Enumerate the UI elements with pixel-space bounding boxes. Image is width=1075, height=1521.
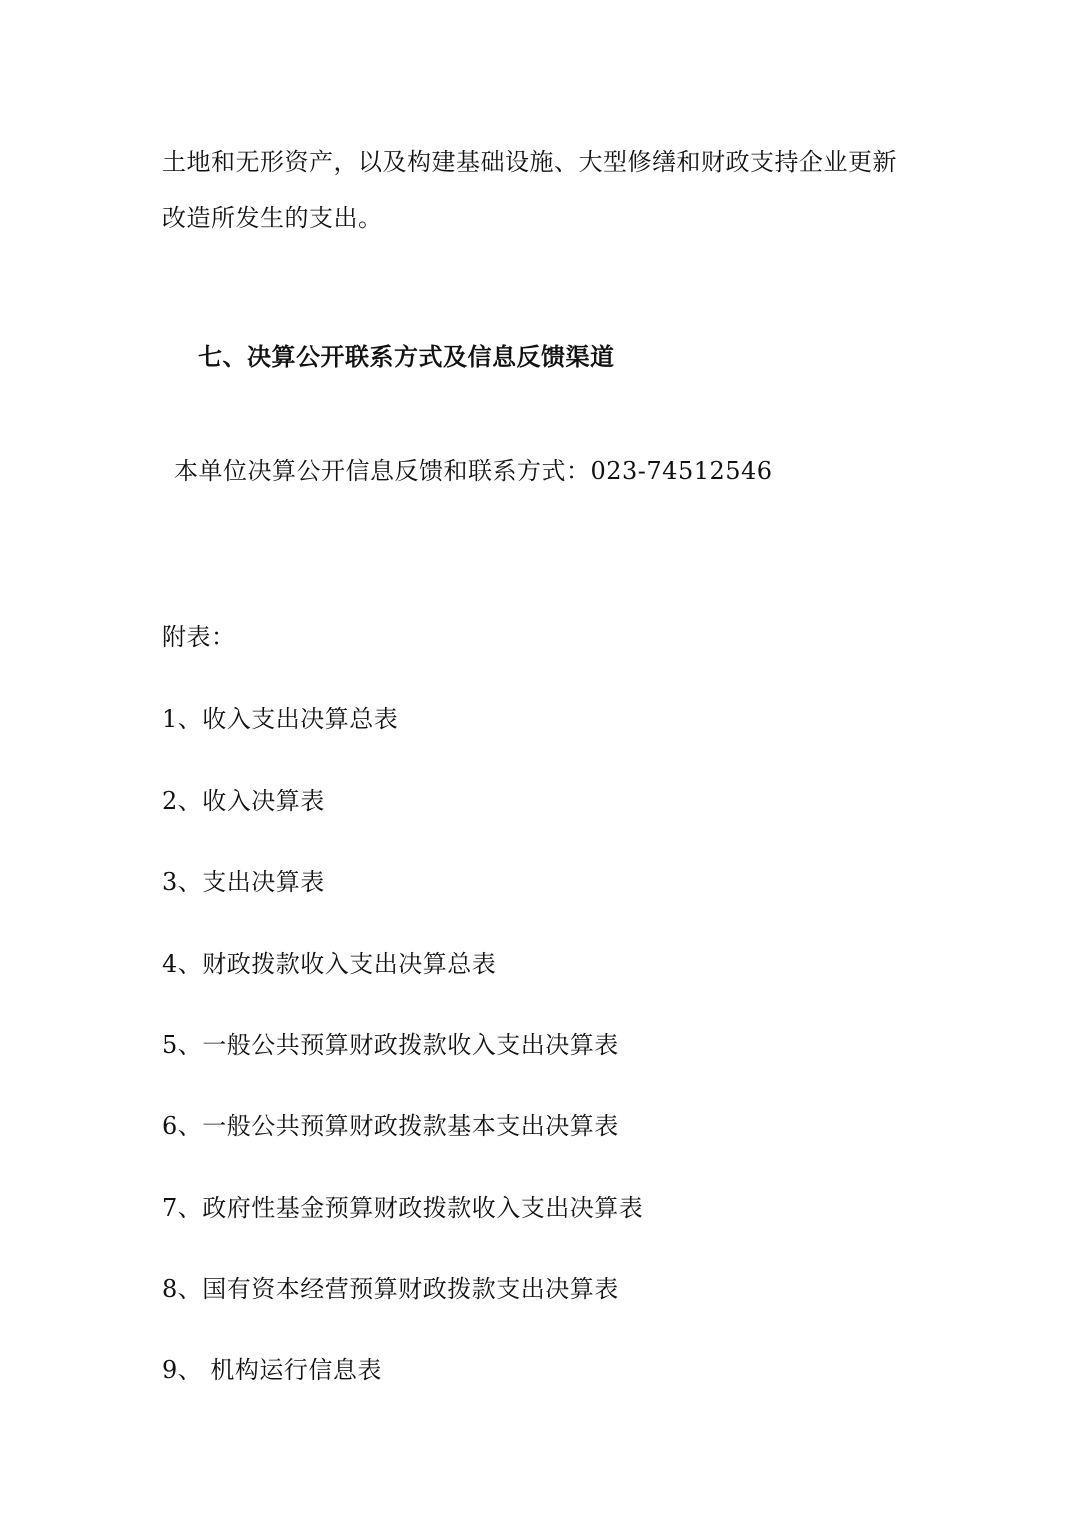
appendix-item-8: 8、国有资本经营预算财政拨款支出决算表 [162, 1274, 619, 1304]
appendix-item-6: 6、一般公共预算财政拨款基本支出决算表 [162, 1111, 619, 1141]
appendix-label: 附表： [162, 622, 236, 652]
appendix-item-1: 1、收入支出决算总表 [162, 704, 398, 734]
document-page: 土地和无形资产，以及构建基础设施、大型修缮和财政支持企业更新 改造所发生的支出。… [0, 0, 1075, 1521]
appendix-item-9: 9、 机构运行信息表 [162, 1355, 382, 1385]
paragraph-line-1: 土地和无形资产，以及构建基础设施、大型修缮和财政支持企业更新 [162, 147, 897, 177]
section-7-heading: 七、决算公开联系方式及信息反馈渠道 [198, 342, 615, 372]
paragraph-line-2: 改造所发生的支出。 [162, 203, 383, 233]
appendix-item-7: 7、政府性基金预算财政拨款收入支出决算表 [162, 1193, 643, 1223]
contact-line: 本单位决算公开信息反馈和联系方式：023-74512546 [174, 456, 773, 486]
appendix-item-4: 4、财政拨款收入支出决算总表 [162, 949, 496, 979]
appendix-item-2: 2、收入决算表 [162, 786, 325, 816]
appendix-item-3: 3、支出决算表 [162, 867, 325, 897]
appendix-item-5: 5、一般公共预算财政拨款收入支出决算表 [162, 1030, 619, 1060]
